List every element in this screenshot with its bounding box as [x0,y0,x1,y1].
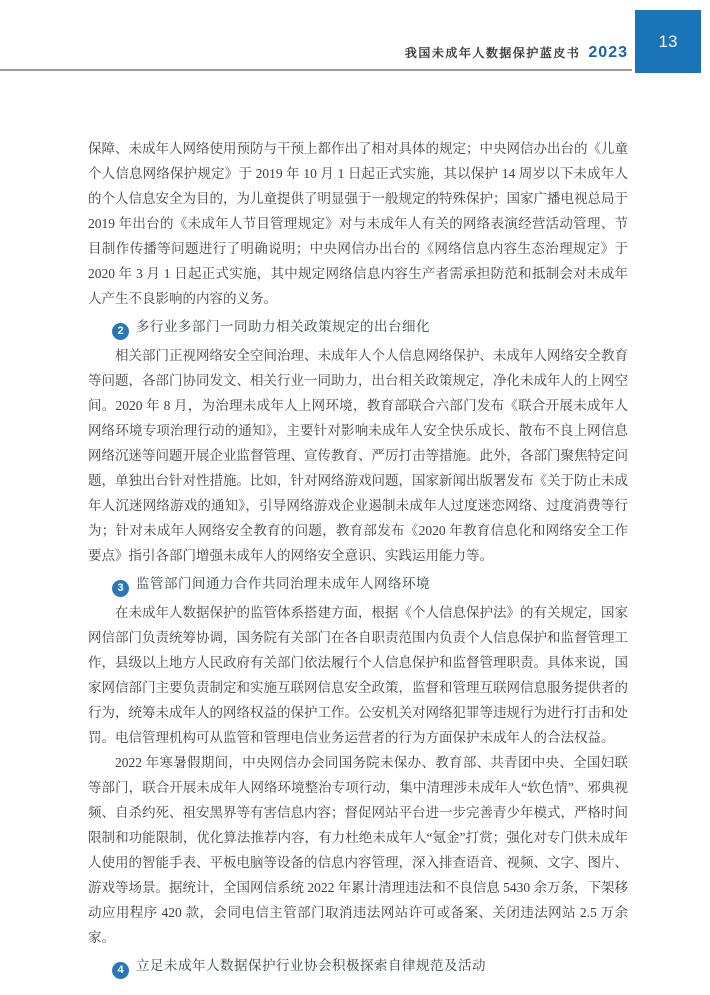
page-header: 我国未成年人数据保护蓝皮书2023 13 [0,0,710,73]
numbered-circle-icon: 3 [112,580,129,597]
section-heading-text: 多行业多部门一同助力相关政策规定的出台细化 [136,319,430,334]
section-heading: 2多行业多部门一同助力相关政策规定的出台细化 [88,314,628,340]
header-divider [0,69,632,71]
page-content: 保障、未成年人网络使用预防与干预上都作出了相对具体的规定；中央网信办出台的《儿童… [0,73,710,979]
book-title: 我国未成年人数据保护蓝皮书 [405,46,581,60]
section-heading: 3监管部门间通力合作共同治理未成年人网络环境 [88,571,628,597]
edition-year: 2023 [588,44,628,61]
numbered-circle-icon: 2 [112,323,129,340]
section-heading-text: 监管部门间通力合作共同治理未成年人网络环境 [136,576,430,591]
body-paragraph: 2022 年寒暑假期间，中央网信办会同国务院未保办、教育部、共青团中央、全国妇联… [88,750,628,950]
numbered-circle-icon: 4 [112,962,129,979]
body-paragraph: 保障、未成年人网络使用预防与干预上都作出了相对具体的规定；中央网信办出台的《儿童… [88,136,628,311]
body-paragraph: 相关部门正视网络安全空间治理、未成年人个人信息网络保护、未成年人网络安全教育等问… [88,343,628,568]
document-page: 我国未成年人数据保护蓝皮书2023 13 保障、未成年人网络使用预防与干预上都作… [0,0,710,995]
page-number-badge: 13 [635,10,701,73]
section-heading-text: 立足未成年人数据保护行业协会积极探索自律规范及活动 [136,958,486,973]
body-paragraph: 在未成年人数据保护的监管体系搭建方面，根据《个人信息保护法》的有关规定，国家网信… [88,600,628,750]
section-heading: 4立足未成年人数据保护行业协会积极探索自律规范及活动 [88,953,628,979]
running-head: 我国未成年人数据保护蓝皮书2023 [405,44,628,62]
